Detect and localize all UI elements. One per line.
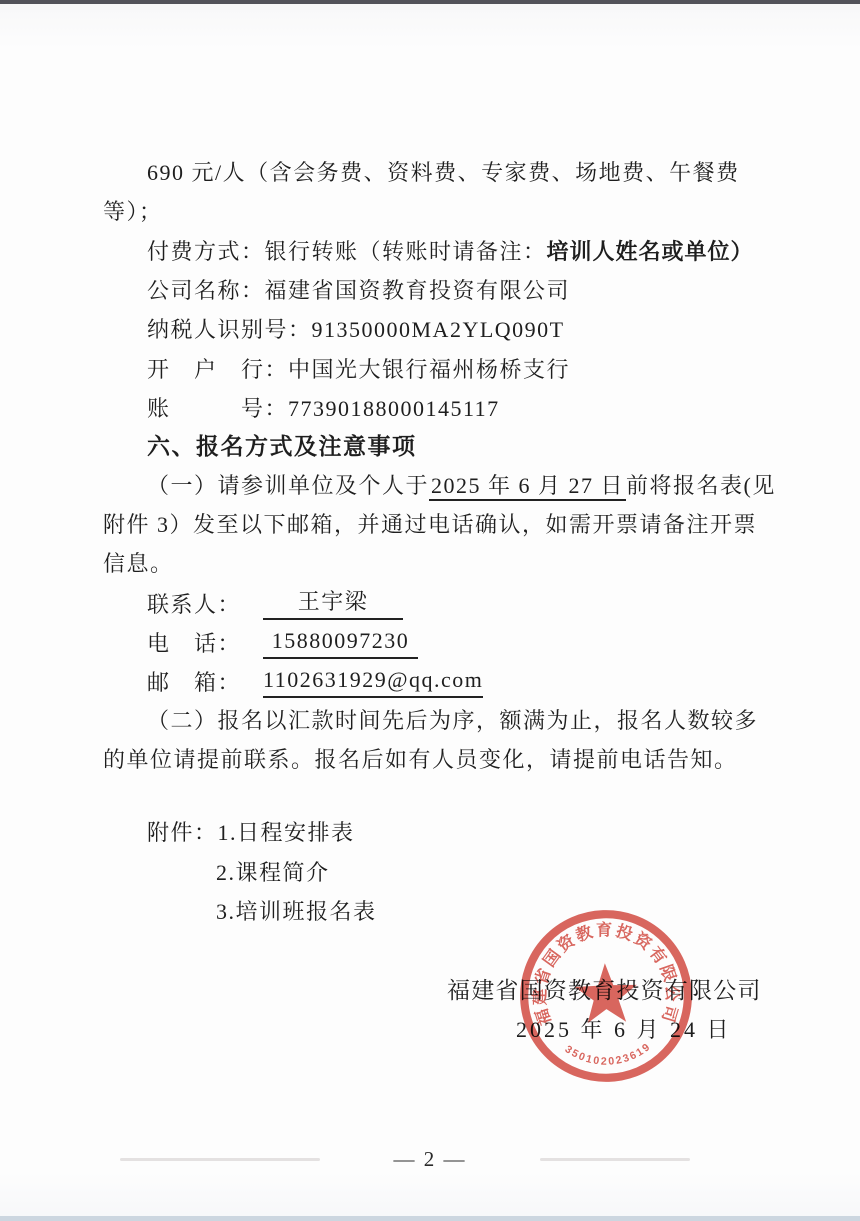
scan-edge-bottom	[0, 1216, 860, 1221]
section-heading: 六、报名方式及注意事项	[147, 431, 417, 461]
payment-emphasis: 培训人姓名或单位）	[547, 239, 754, 264]
item1-line-3: 信息。	[103, 549, 174, 579]
email-row: 邮 箱：1102631929@qq.com	[147, 665, 483, 698]
phone-row: 电 话：15880097230	[147, 626, 418, 659]
phone-label: 电 话：	[147, 631, 241, 656]
item1-line-1: （一）请参训单位及个人于2025 年 6 月 27 日前将报名表(见	[147, 471, 776, 501]
attachment-item-2: 2.课程简介	[216, 858, 330, 888]
taxpayer-id-line: 纳税人识别号：91350000MA2YLQ090T	[147, 315, 565, 345]
item1-prefix: （一）请参训单位及个人于	[147, 473, 429, 498]
payment-method-line: 付费方式：银行转账（转账时请备注：培训人姓名或单位）	[147, 237, 754, 267]
contact-name-value: 王宇梁	[263, 587, 403, 620]
item1-line-2: 附件 3）发至以下邮箱，并通过电话确认，如需开票请备注开票	[103, 510, 757, 540]
attachments-label: 附件：	[147, 820, 218, 845]
scanned-document-page: 690 元/人（含会务费、资料费、专家费、场地费、午餐费 等）； 付费方式：银行…	[0, 0, 860, 1221]
seal-star-icon	[574, 962, 638, 1023]
attachment-item-3: 3.培训班报名表	[216, 897, 377, 927]
payment-prefix: 付费方式：银行转账（转账时请备注：	[147, 239, 547, 264]
account-number-line: 账 号：77390188000145117	[147, 394, 500, 424]
contact-label: 联系人：	[147, 592, 241, 617]
email-address-value: 1102631929@qq.com	[263, 665, 483, 698]
page-number: — 2 —	[0, 1147, 860, 1172]
item2-line-2: 的单位请提前联系。报名后如有人员变化，请提前电话告知。	[103, 745, 738, 775]
official-seal: 福建省国资教育投资有限公司 3501020236192	[513, 903, 699, 1089]
fee-line-2: 等）；	[103, 197, 163, 227]
bank-branch-line: 开 户 行：中国光大银行福州杨桥支行	[147, 355, 570, 385]
item2-line-1: （二）报名以汇款时间先后为序，额满为止，报名人数较多	[147, 706, 758, 736]
contact-row: 联系人：王宇梁	[147, 587, 403, 620]
scan-edge-top	[0, 0, 860, 4]
company-name-line: 公司名称：福建省国资教育投资有限公司	[147, 276, 570, 306]
email-label: 邮 箱：	[147, 670, 241, 695]
item1-suffix: 前将报名表(见	[626, 473, 776, 498]
attachment-item-1: 1.日程安排表	[218, 820, 355, 845]
phone-number-value: 15880097230	[263, 626, 418, 659]
item1-deadline: 2025 年 6 月 27 日	[429, 473, 626, 501]
attachments-row: 附件：1.日程安排表	[147, 818, 355, 848]
fee-line-1: 690 元/人（含会务费、资料费、专家费、场地费、午餐费	[147, 158, 740, 188]
